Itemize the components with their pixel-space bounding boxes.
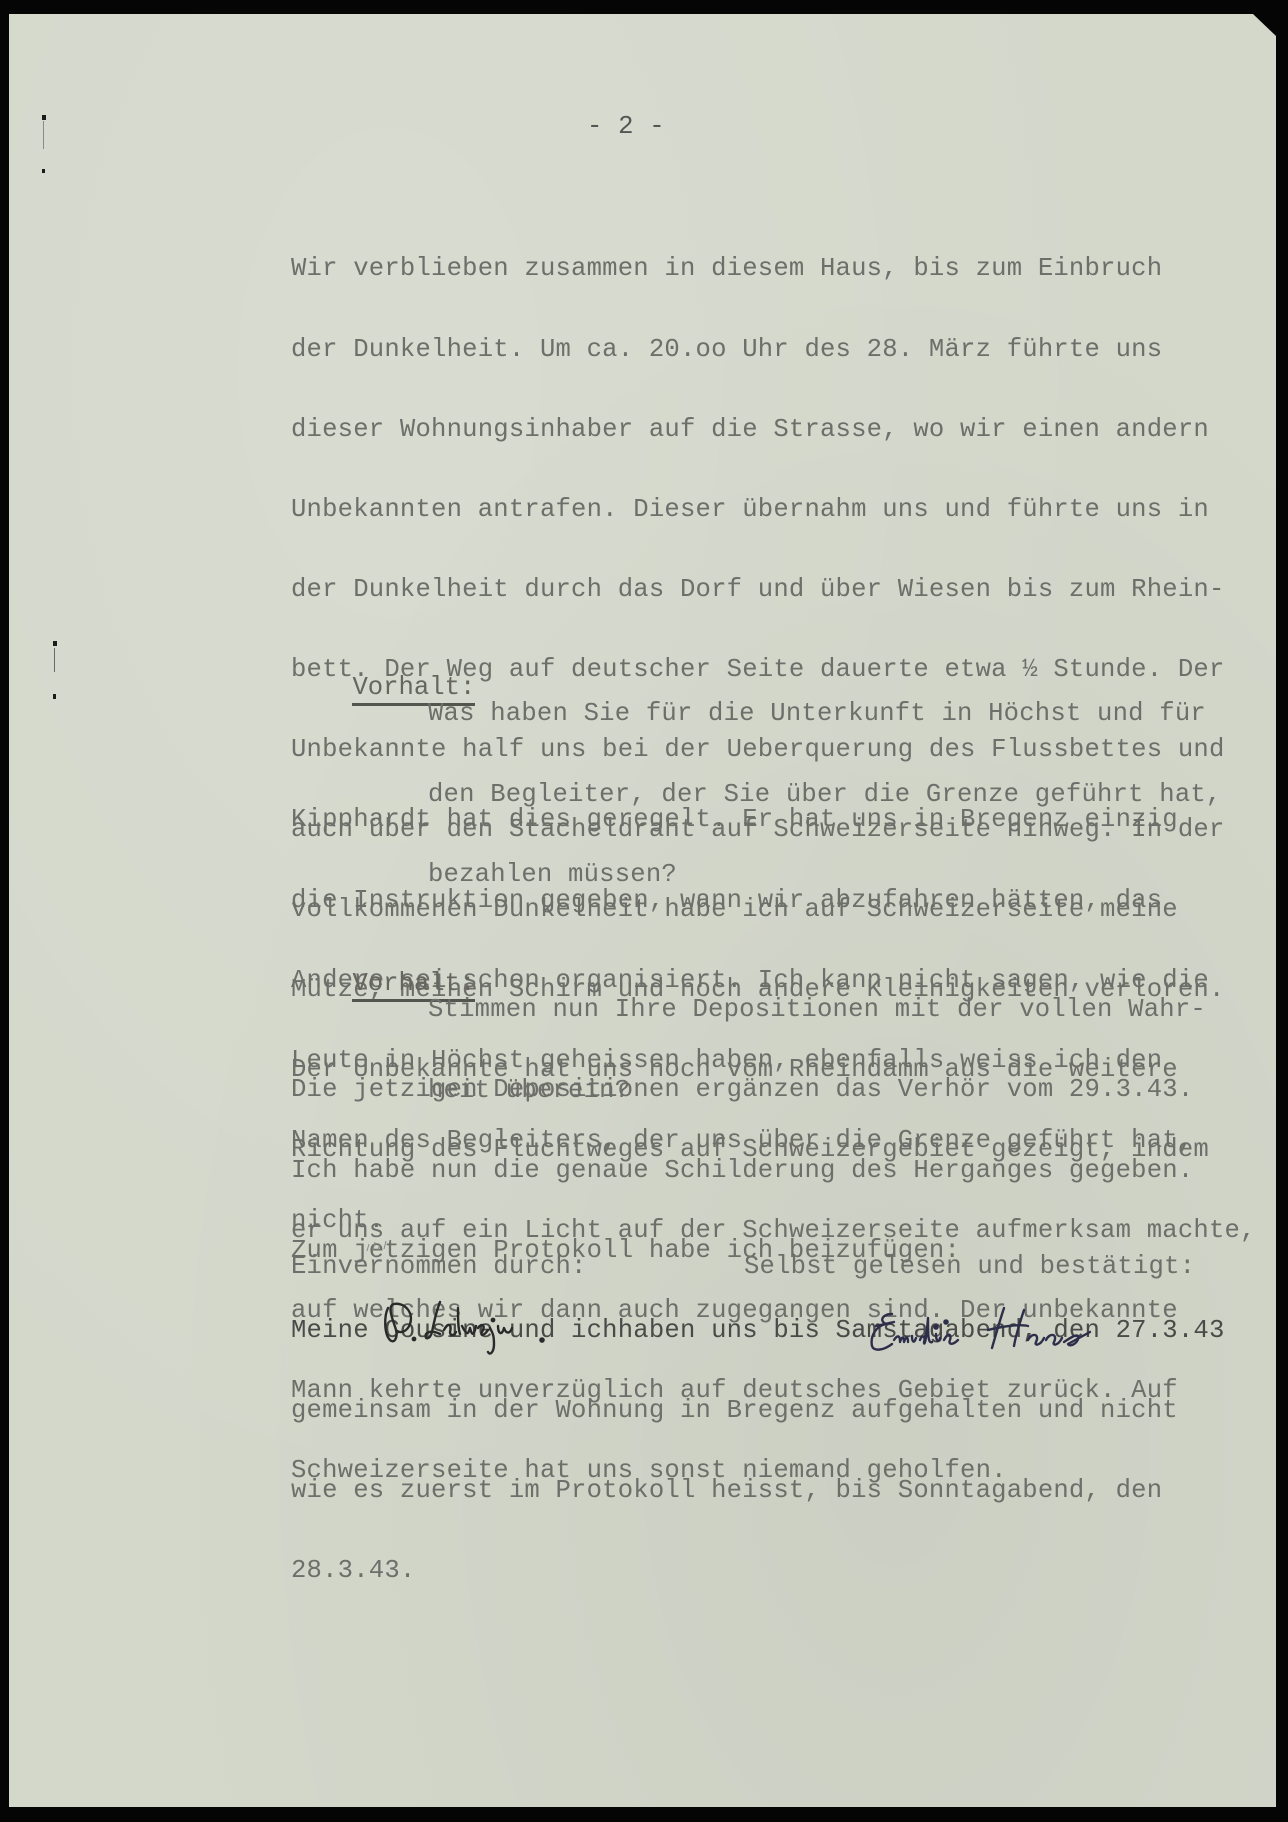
- margin-mark-mid: [53, 641, 57, 646]
- signature-label-left: Einvernommen durch:: [291, 1254, 587, 1281]
- text-line: gemeinsam in der Wohnung in Bregenz aufg…: [291, 1398, 1225, 1425]
- text-line: der Dunkelheit. Um ca. 20.oo Uhr des 28.…: [291, 337, 1256, 364]
- document-page: - 2 - Wir verblieben zusammen in diesem …: [9, 14, 1276, 1807]
- text-line: 28.3.43.: [291, 1558, 1225, 1585]
- text-line: Ich habe nun die genaue Schilderung des …: [291, 1158, 1225, 1185]
- handwritten-signature-icon: [864, 1304, 1124, 1364]
- margin-mark-top-dot: [42, 169, 45, 173]
- text-line: der Dunkelheit durch das Dorf und über W…: [291, 577, 1256, 604]
- text-line: Was haben Sie für die Unterkunft in Höch…: [428, 701, 1222, 728]
- handwritten-signature-icon: [374, 1294, 564, 1364]
- text-line: Die jetzigen Depositionen ergänzen das V…: [291, 1077, 1225, 1104]
- text-line: dieser Wohnungsinhaber auf die Strasse, …: [291, 417, 1256, 444]
- text-line: Stimmen nun Ihre Depositionen mit der vo…: [428, 997, 1206, 1024]
- margin-mark-top-tail: [43, 121, 44, 149]
- page-number: - 2 -: [587, 114, 665, 141]
- text-line: die Instruktion gegeben, wann wir abzufa…: [291, 888, 1209, 915]
- signature-label-right: Selbst gelesen und bestätigt:: [744, 1254, 1195, 1281]
- signature-left: [374, 1294, 564, 1364]
- margin-mark-mid-tail: [54, 648, 55, 672]
- text-line: Kipphardt hat dies geregelt. Er hat uns …: [291, 807, 1209, 834]
- pencil-marks: [365, 1239, 389, 1253]
- margin-mark-top: [42, 115, 46, 120]
- margin-mark-mid-dot: [53, 694, 56, 699]
- signature-right: [864, 1304, 1124, 1364]
- text-line: Wir verblieben zusammen in diesem Haus, …: [291, 256, 1256, 283]
- text-line: wie es zuerst im Protokoll heisst, bis S…: [291, 1478, 1225, 1505]
- text-line: Unbekannten antrafen. Dieser übernahm un…: [291, 497, 1256, 524]
